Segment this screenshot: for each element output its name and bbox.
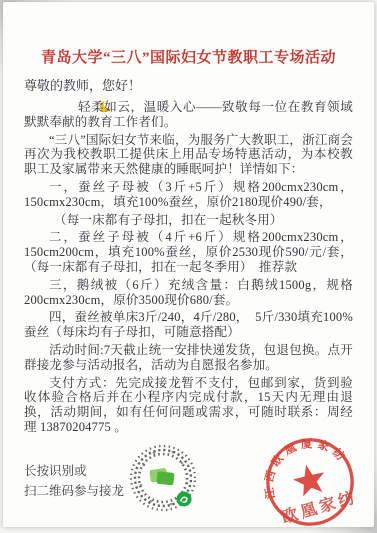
crescent-moon-icon — [62, 100, 75, 113]
qr-caption: 长按识别或 扫二维码参与接龙 — [24, 461, 124, 501]
paragraph-payment-contact: 支付方式：先完成接龙暂不支付，包邮到家，货到验收体验合格后并在小程序内完成付款，… — [24, 376, 353, 435]
notice-page: 青岛大学“三八”国际妇女节教职工专场活动 尊敬的教师，您好！ 轻柔如云，温暖入心… — [3, 2, 374, 527]
intro-paragraph: 轻柔如云，温暖入心——致敬每一位在教育领域默默奉献的教育工作者们。 — [24, 100, 353, 130]
qr-code-icon[interactable] — [124, 441, 202, 519]
qr-caption-line-2: 扫二维码参与接龙 — [24, 481, 124, 501]
paragraph-item-3: 三，鹅绒被（6斤）充绒含量：白鹅绒1500g，规格200cmx230cm，原价3… — [24, 278, 353, 308]
paragraph-item-2: 二，蚕丝子母被（4斤+6斤）规格200cmx230cm，150cm200cm，填… — [24, 230, 353, 274]
qr-caption-line-1: 长按识别或 — [24, 461, 124, 481]
document-photo: 青岛大学“三八”国际妇女节教职工专场活动 尊敬的教师，您好！ 轻柔如云，温暖入心… — [0, 0, 377, 533]
paragraph-item-1-note: （每一床都有子母扣，扣在一起秋冬用） — [54, 213, 353, 228]
paragraph-item-4: 四，蚕丝被单床3斤/240，4斤/280， 5斤/330填充100%蚕丝（每床均… — [24, 310, 353, 340]
footer-area: 长按识别或 扫二维码参与接龙 — [24, 441, 353, 533]
seal-overlap-text: 欧凰家纺 — [279, 487, 360, 527]
paragraph-event-overview: “三八”国际妇女节来临，为服务广大教职工，浙江商会再次为我校教职工提供床上用品专… — [24, 133, 353, 177]
page-title: 青岛大学“三八”国际妇女节教职工专场活动 — [24, 46, 353, 67]
seal-star — [291, 461, 329, 498]
company-seal: 江西欧凰厦家纺 欧凰家纺 — [251, 423, 369, 533]
paragraph-event-time: 活动时间:7天截止统一安排快递发货，包退包换。点开群接龙参与活动报名，活动为自愿… — [24, 343, 353, 373]
paragraph-item-1: 一，蚕丝子母被（3斤+5斤）规格200cmx230cm，150cmx230cm，… — [24, 180, 353, 210]
greeting-line: 尊敬的教师，您好！ — [24, 78, 353, 93]
